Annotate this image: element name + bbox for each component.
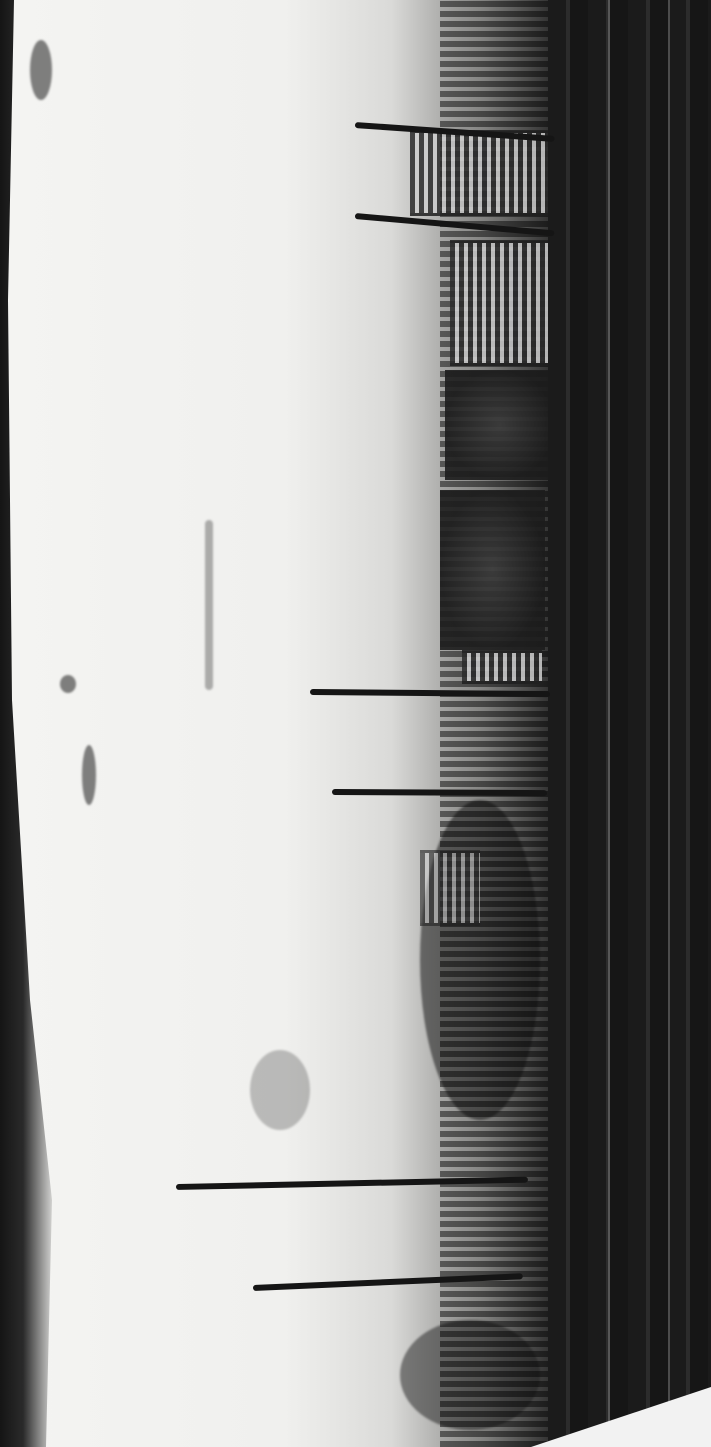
stain [250, 1050, 310, 1130]
stain [30, 40, 52, 100]
base-pattern-band [462, 650, 542, 684]
marker-line [332, 789, 547, 796]
carved-relief-zone [440, 0, 560, 1447]
figure-motif [445, 370, 555, 480]
hieroglyph-band [410, 130, 555, 216]
photograph: Black-and-white photograph of a weathere… [0, 0, 711, 1447]
stain [82, 745, 96, 805]
stain [60, 675, 76, 693]
grid-pattern-band [450, 240, 555, 366]
stain [205, 520, 213, 690]
marker-line [310, 689, 550, 697]
dark-left-edge [0, 0, 58, 1447]
column-seam [668, 0, 670, 1447]
standing-figure-motif [440, 490, 545, 650]
column-seam [608, 0, 610, 1447]
lower-glyph-band [420, 850, 480, 926]
dark-inscribed-column [548, 0, 711, 1447]
